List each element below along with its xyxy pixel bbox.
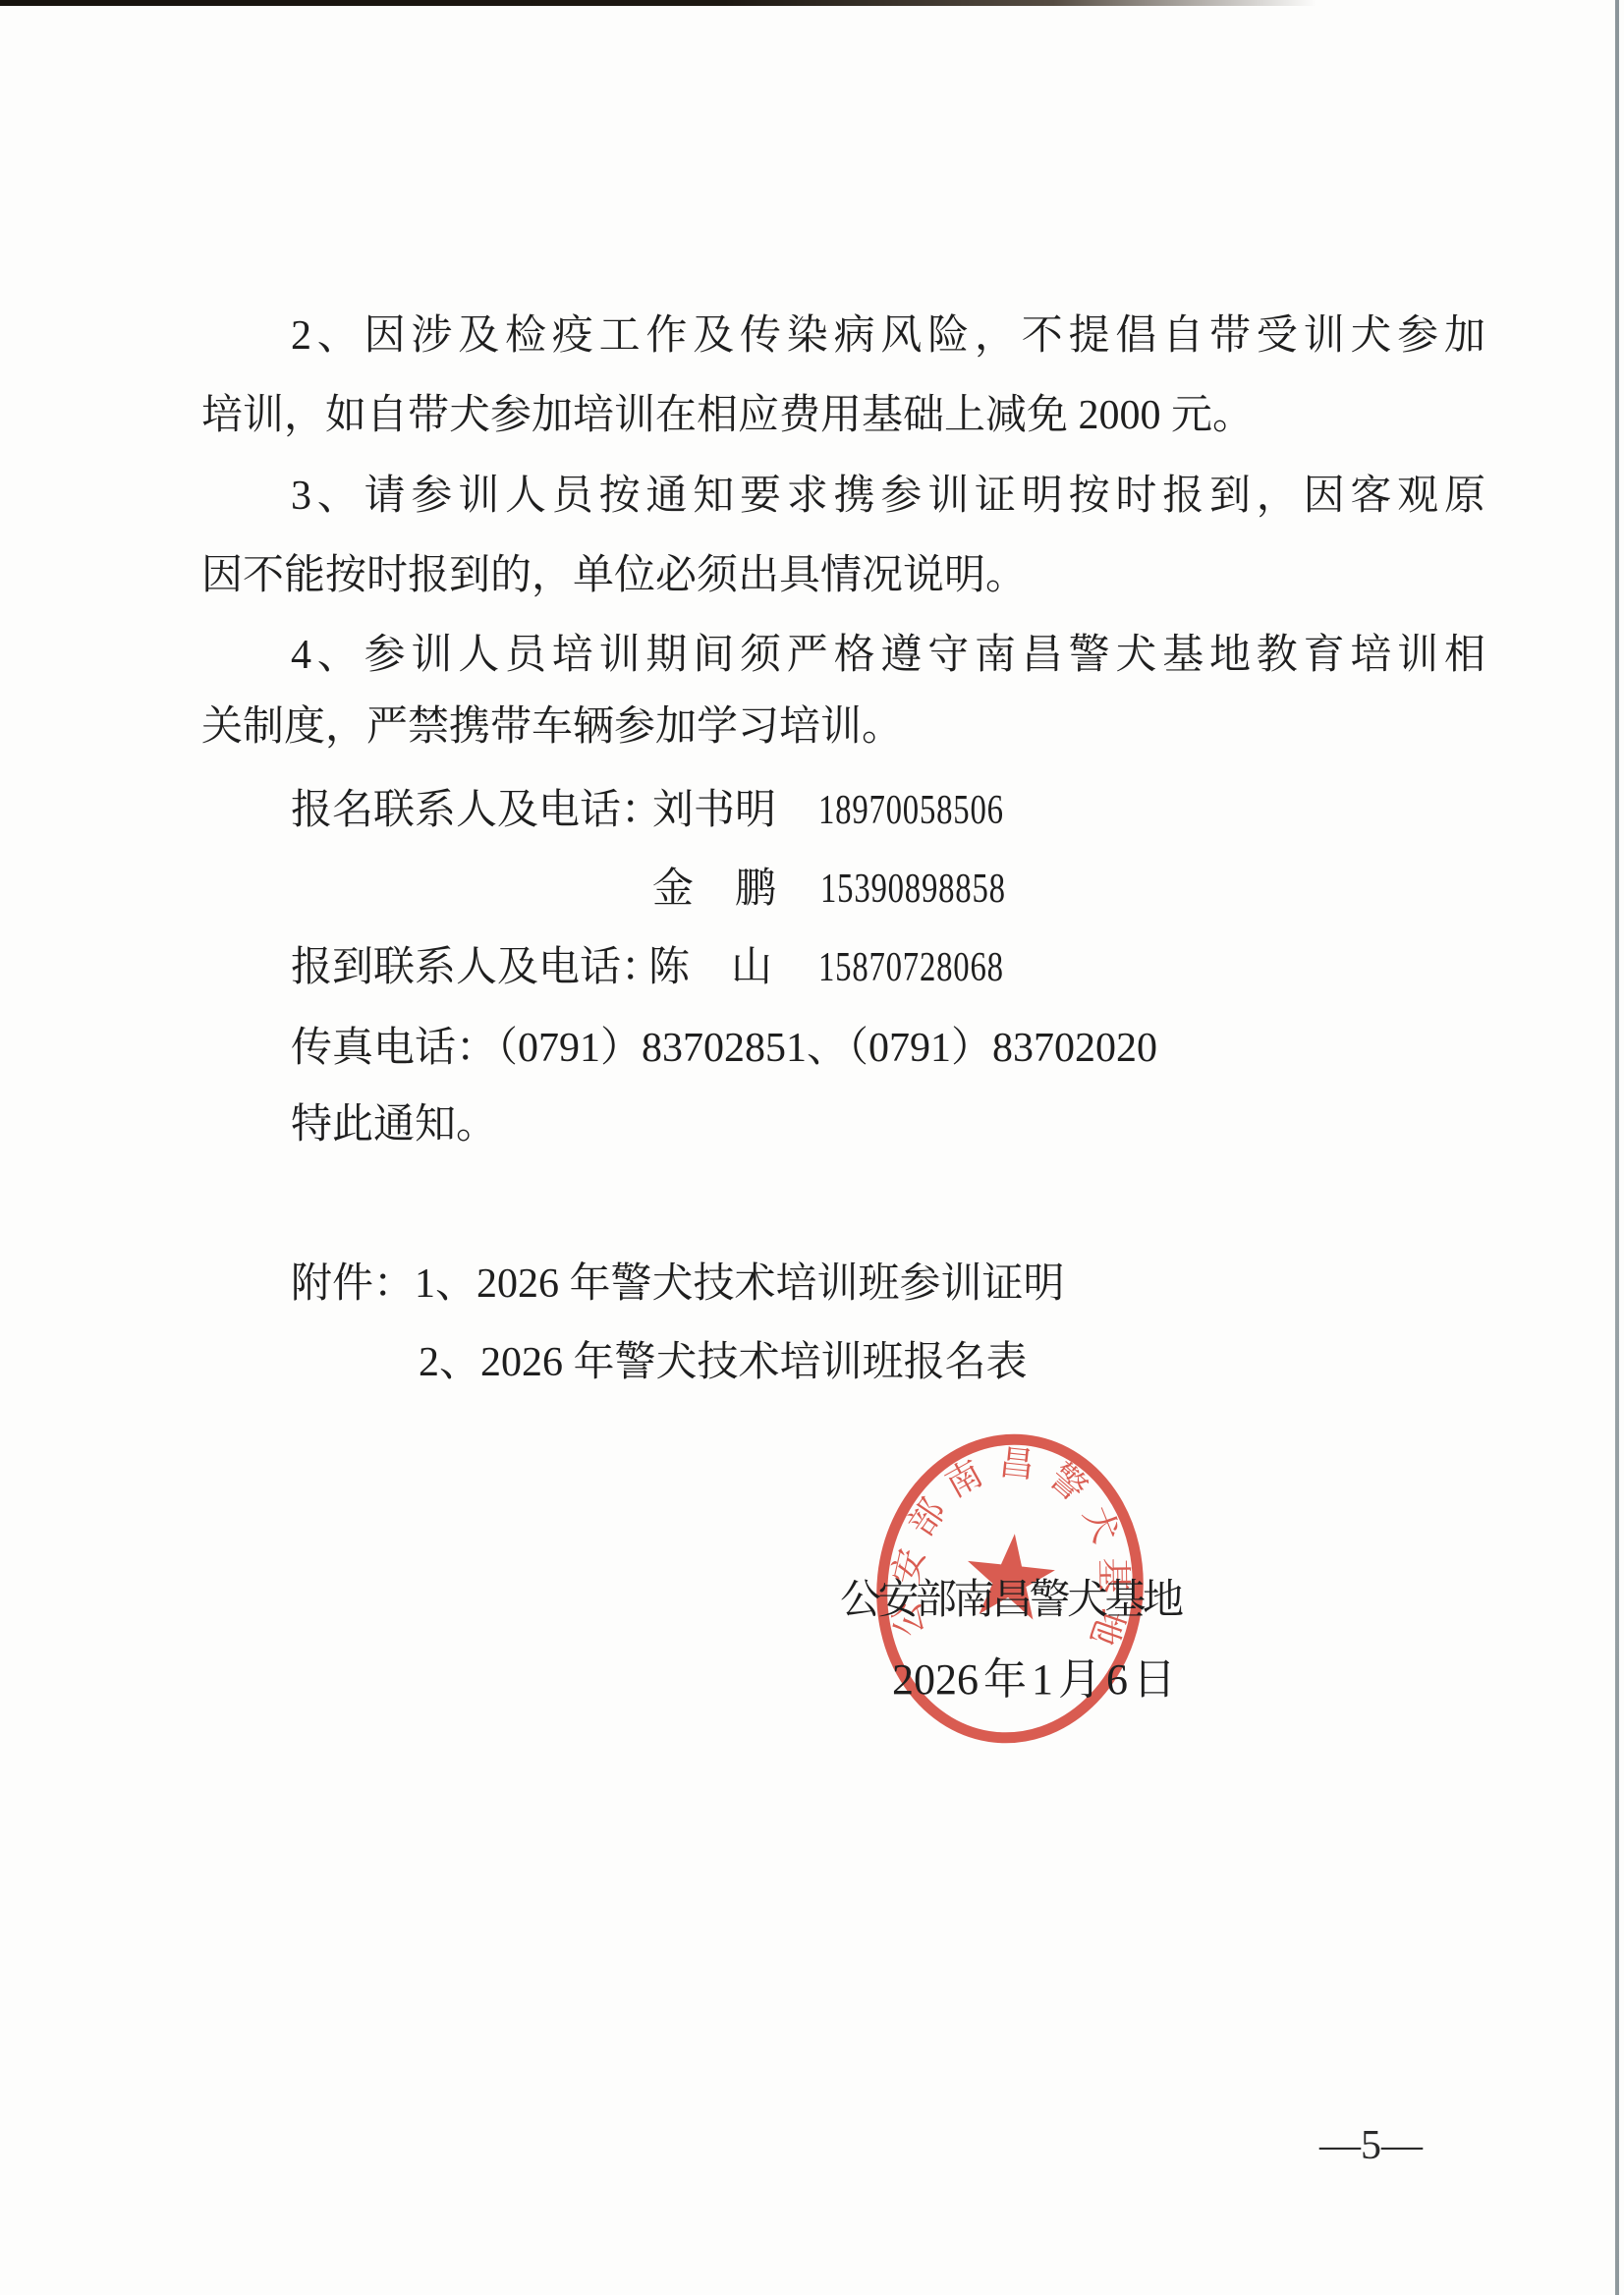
- signature-date: 2026 年 1 月 6 日: [892, 1640, 1624, 1719]
- signup-contact-phone-1: 18970058506: [818, 771, 1004, 851]
- report-contact-name: 陈 山: [648, 928, 772, 1008]
- signature-org: 公安部南昌警犬基地: [840, 1561, 1624, 1641]
- report-contact-label: 报到联系人及电话：: [291, 928, 662, 1008]
- fax-line: 传真电话：（0791）83702851、（0791）83702020: [291, 1009, 1624, 1089]
- document-page: 2、因涉及检疫工作及传染病风险，不提倡自带受训犬参加 培训，如自带犬参加培训在相…: [0, 0, 1624, 2295]
- signup-contact-name-1: 刘书明: [652, 771, 776, 851]
- signup-contact-phone-2: 15390898858: [820, 850, 1006, 929]
- signup-contact-name-2: 金 鹏: [652, 850, 776, 929]
- attachment-item-2: 2、2026 年警犬技术培训班报名表: [419, 1323, 1624, 1403]
- para-4-line-1: 4、参训人员培训期间须严格遵守南昌警犬基地教育培训相: [291, 616, 1485, 696]
- contact-signup-line: 报名联系人及电话： 刘书明 18970058506: [0, 771, 1624, 851]
- report-contact-phone: 15870728068: [818, 928, 1004, 1008]
- scan-edge-top: [0, 0, 1316, 6]
- contact-report-line: 报到联系人及电话： 陈 山 15870728068: [0, 928, 1624, 1008]
- attachment-item-1: 附件：1、2026 年警犬技术培训班参训证明: [291, 1245, 1624, 1324]
- para-2-line-1: 2、因涉及检疫工作及传染病风险，不提倡自带受训犬参加: [291, 297, 1485, 376]
- signup-contact-label: 报名联系人及电话：: [291, 771, 662, 851]
- para-2-line-2: 培训，如自带犬参加培训在相应费用基础上减免 2000 元。: [201, 376, 1624, 456]
- closing-line: 特此通知。: [291, 1086, 1624, 1165]
- contact-signup-line-2: 金 鹏 15390898858: [0, 850, 1624, 929]
- page-number: —5—: [1319, 2106, 1624, 2186]
- para-3-line-1: 3、请参训人员按通知要求携参训证明按时报到，因客观原: [291, 457, 1485, 536]
- para-3-line-2: 因不能按时报到的，单位必须出具情况说明。: [201, 536, 1624, 616]
- para-4-line-2: 关制度，严禁携带车辆参加学习培训。: [201, 688, 1624, 767]
- report-contact-phone-wrap: 15870728068: [818, 928, 1056, 1008]
